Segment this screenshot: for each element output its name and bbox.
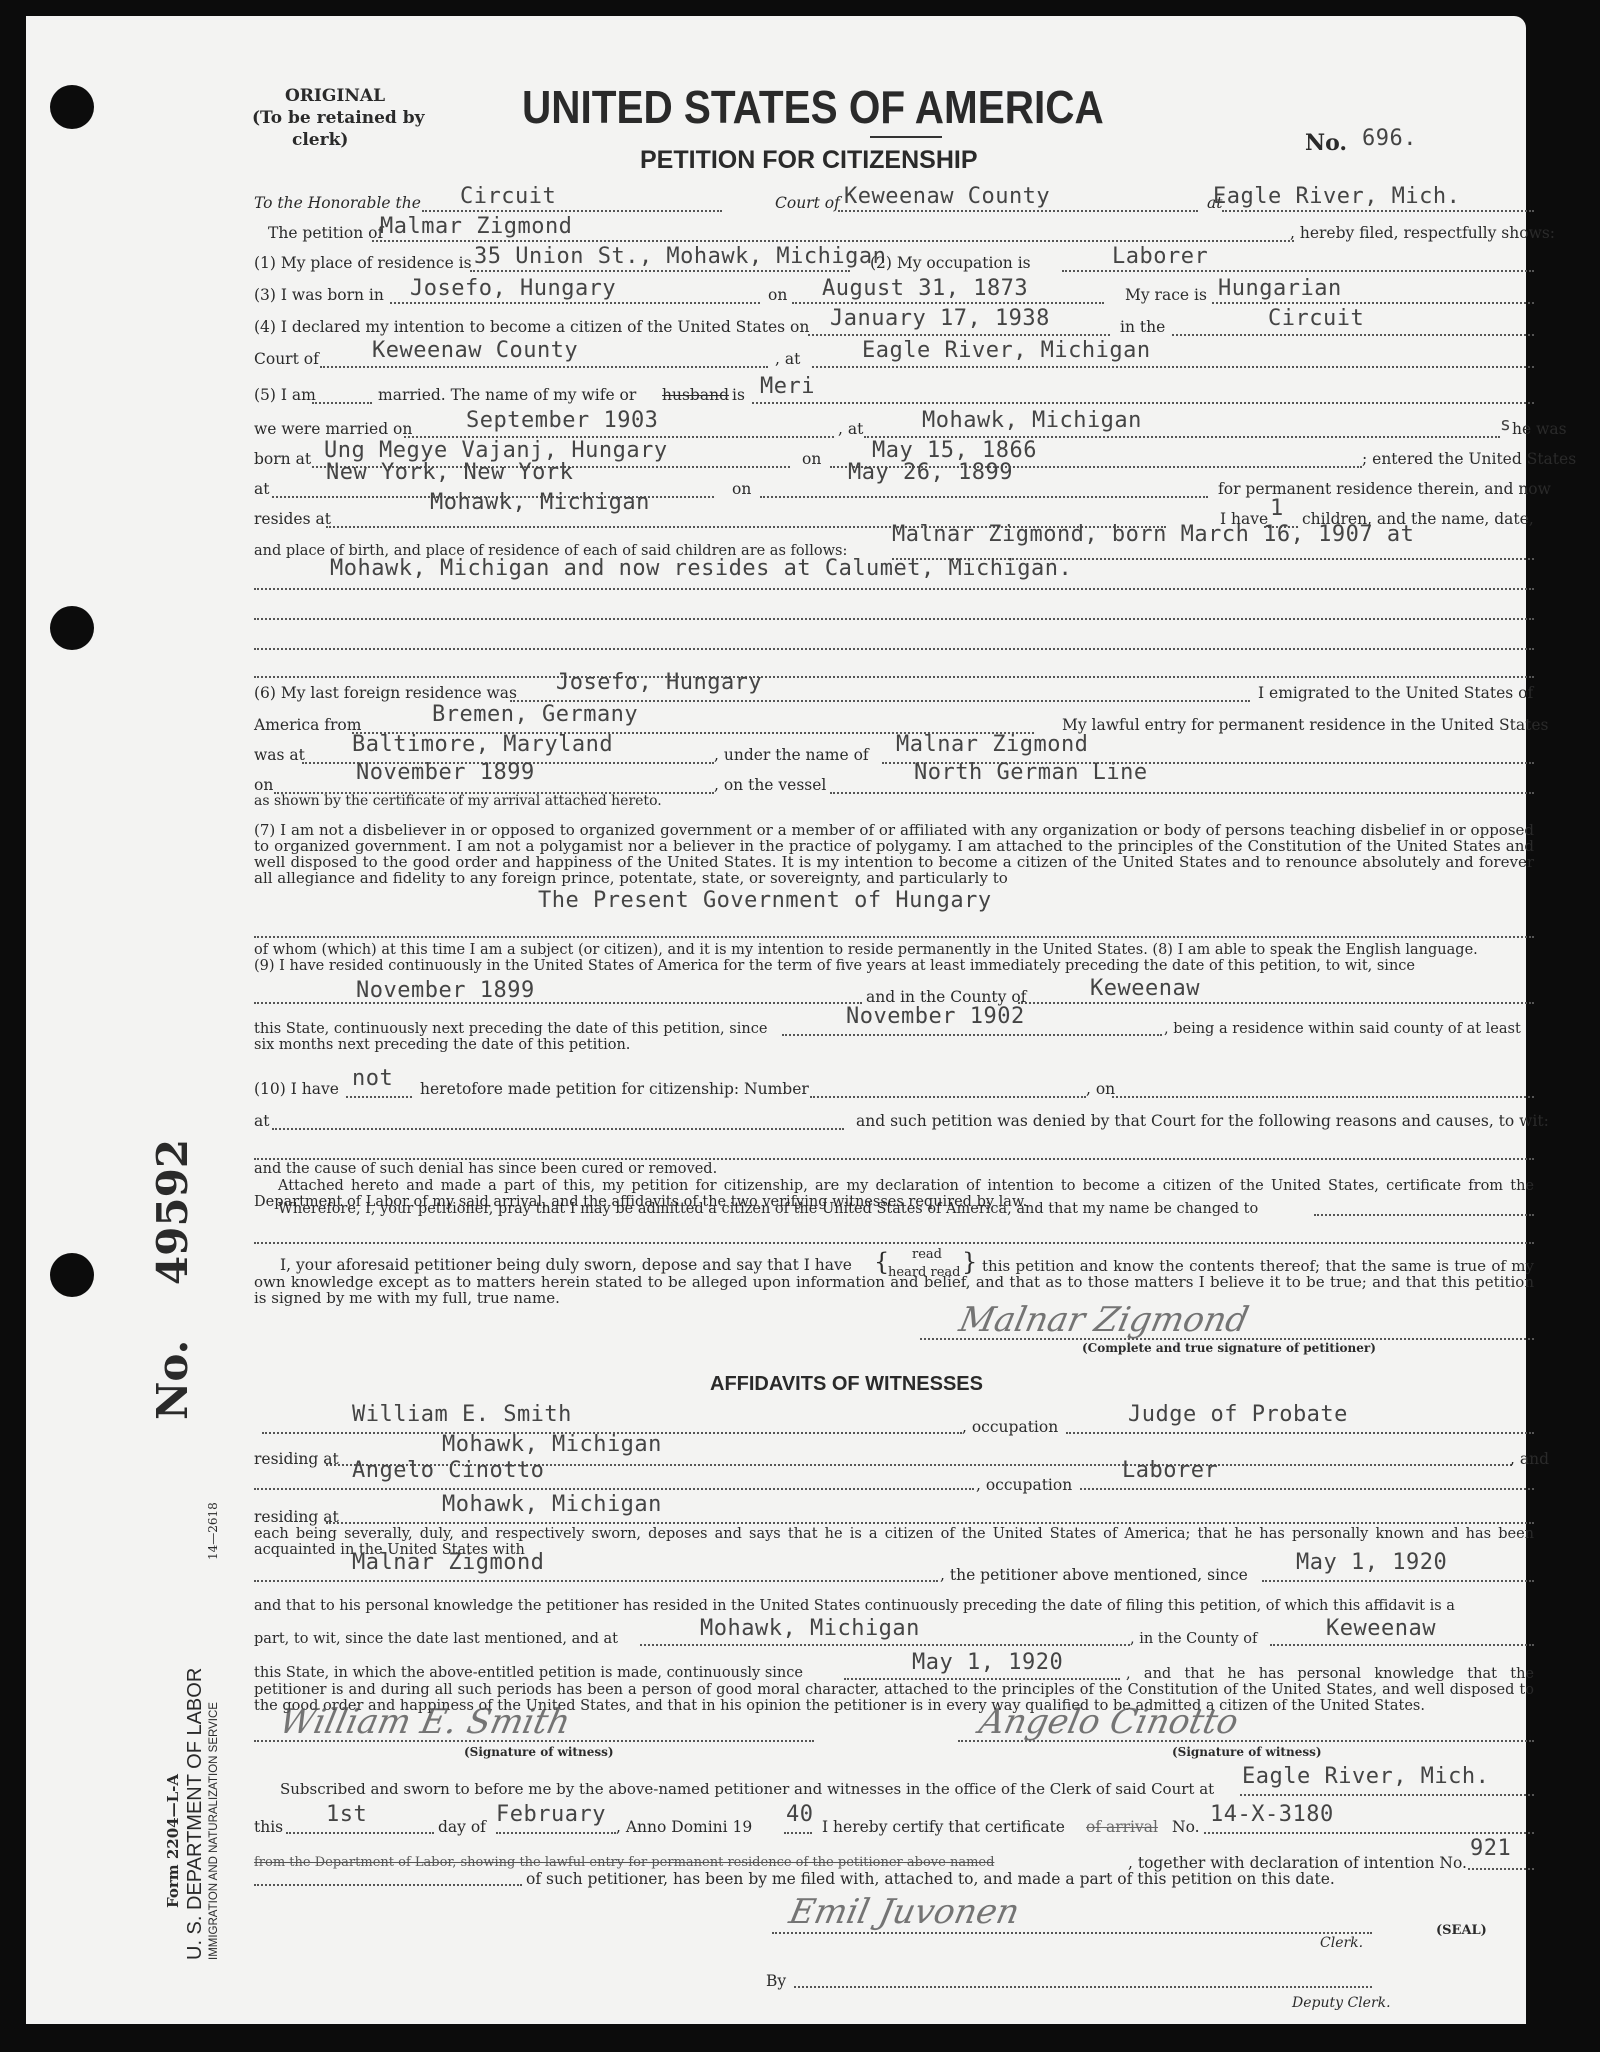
vessel-value: North German Line bbox=[914, 762, 1148, 784]
since-label: , the petitioner above mentioned, since bbox=[940, 1568, 1248, 1584]
form-number: Form 2204—L-A bbox=[164, 1774, 182, 1908]
entry-date-value: November 1899 bbox=[356, 762, 535, 784]
declared-date-value: January 17, 1938 bbox=[830, 308, 1050, 330]
field-line bbox=[784, 1832, 812, 1834]
married-on-label: we were married on bbox=[254, 422, 412, 438]
field-line bbox=[1204, 1832, 1534, 1834]
last-residence-value: Josefo, Hungary bbox=[556, 672, 762, 694]
field-line bbox=[1172, 334, 1534, 336]
child-info-line-1: Malnar Zigmond, born March 16, 1907 at bbox=[892, 524, 1414, 546]
prior-petition-text: heretofore made petition for citizenship… bbox=[420, 1082, 809, 1098]
at-label: at bbox=[254, 482, 269, 498]
petition-of-label: The petition of bbox=[268, 226, 383, 242]
children-count-value: 1 bbox=[1270, 498, 1284, 520]
field-line bbox=[496, 1832, 616, 1834]
punch-hole bbox=[50, 1253, 94, 1297]
she-prefix: s bbox=[1500, 416, 1511, 434]
being-text: , being a residence within said county o… bbox=[1164, 1022, 1521, 1037]
wife-entry-place-value: New York, New York bbox=[326, 462, 573, 484]
field-line bbox=[1066, 1432, 1534, 1434]
married-label: (5) I am bbox=[254, 388, 316, 404]
certificate-number-value: 14-X-3180 bbox=[1210, 1804, 1334, 1826]
filed-text: of such petitioner, has been by me filed… bbox=[526, 1872, 1335, 1888]
field-line bbox=[1080, 1488, 1534, 1490]
part-label: part, to wit, since the date last mentio… bbox=[254, 1632, 618, 1647]
residence-place-value: Mohawk, Michigan bbox=[700, 1618, 920, 1640]
field-line bbox=[752, 402, 1534, 404]
born-at-label: born at bbox=[254, 452, 311, 468]
husband-struck-text: husband bbox=[662, 388, 729, 404]
field-line bbox=[1222, 210, 1534, 212]
clerk-label: Clerk. bbox=[1320, 1936, 1363, 1950]
struck-line-text: from the Department of Labor, showing th… bbox=[254, 1856, 994, 1869]
us-since-value: November 1899 bbox=[356, 980, 535, 1002]
petitioner-name-value: Malmar Zigmond bbox=[380, 216, 572, 238]
in-the-label: in the bbox=[1120, 320, 1165, 336]
field-line bbox=[1212, 302, 1534, 304]
field-line bbox=[254, 1884, 522, 1886]
clerk-label: clerk) bbox=[292, 132, 348, 149]
retained-label: (To be retained by bbox=[252, 110, 424, 127]
field-line bbox=[254, 676, 1534, 678]
field-line bbox=[1468, 1868, 1534, 1870]
entry-name-value: Malnar Zigmond bbox=[896, 734, 1088, 756]
wife-entry-date-value: May 26, 1899 bbox=[848, 462, 1013, 484]
entry-place-value: Baltimore, Maryland bbox=[352, 734, 613, 756]
field-line bbox=[812, 366, 1534, 368]
serial-prefix: No. bbox=[148, 1340, 197, 1420]
subject-text: of whom (which) at this time I am a subj… bbox=[254, 942, 1534, 958]
document-title: UNITED STATES OF AMERICA bbox=[522, 84, 1104, 130]
petitioner-signature-caption: (Complete and true signature of petition… bbox=[1082, 1342, 1376, 1354]
state-since-value: November 1902 bbox=[846, 1006, 1025, 1028]
on-label: on bbox=[802, 452, 821, 468]
state-since-label: this State, continuously next preceding … bbox=[254, 1022, 767, 1037]
field-line bbox=[794, 1986, 1372, 1988]
acquainted-since-value: May 1, 1920 bbox=[1296, 1552, 1447, 1574]
oath-text-2: this petition and know the contents ther… bbox=[254, 1258, 1534, 1306]
service-label: IMMIGRATION AND NATURALIZATION SERVICE bbox=[208, 1702, 220, 1960]
field-line bbox=[1262, 1580, 1534, 1582]
field-line bbox=[390, 302, 760, 304]
witness2-occupation-value: Laborer bbox=[1122, 1460, 1218, 1482]
at-label: , at bbox=[838, 422, 863, 438]
department-label: U. S. DEPARTMENT OF LABOR bbox=[184, 1668, 207, 1960]
jurat-place-value: Eagle River, Mich. bbox=[1242, 1766, 1489, 1788]
resided-text: (9) I have resided continuously in the U… bbox=[254, 958, 1534, 974]
six-months-text: six months next preceding the date of th… bbox=[254, 1038, 630, 1053]
court-of-label: Court of bbox=[254, 352, 319, 368]
field-line bbox=[1240, 1794, 1534, 1796]
witness2-signature-caption: (Signature of witness) bbox=[1172, 1746, 1322, 1758]
on-label: on bbox=[768, 288, 787, 304]
clerk-signature: Emil Juvonen bbox=[786, 1892, 1023, 1932]
field-line bbox=[1112, 1096, 1534, 1098]
field-line bbox=[760, 496, 1208, 498]
deputy-clerk-label: Deputy Clerk. bbox=[1292, 1996, 1391, 2010]
residence-label: (1) My place of residence is bbox=[254, 256, 472, 272]
lawful-entry-text: My lawful entry for permanent residence … bbox=[1062, 718, 1548, 734]
struck-text: of arrival bbox=[1086, 1820, 1158, 1836]
occupation-label: , occupation bbox=[962, 1420, 1058, 1436]
witness1-occupation-value: Judge of Probate bbox=[1128, 1404, 1348, 1426]
field-line bbox=[272, 1128, 844, 1130]
to-honorable-label: To the Honorable the bbox=[254, 196, 421, 212]
title-rule bbox=[870, 136, 942, 138]
field-line bbox=[422, 210, 722, 212]
declared-place-value: Eagle River, Michigan bbox=[862, 340, 1151, 362]
court-of-label: Court of bbox=[775, 196, 840, 212]
field-line bbox=[838, 210, 1198, 212]
and-text: , and bbox=[1510, 1452, 1549, 1468]
declared-court-value: Circuit bbox=[1268, 308, 1364, 330]
field-line bbox=[254, 618, 1534, 620]
allegiance-paragraph: (7) I am not a disbeliever in or opposed… bbox=[254, 822, 1534, 886]
he-was-label: he was bbox=[1512, 422, 1567, 438]
no-label: No. bbox=[1172, 1820, 1200, 1836]
on-label: , on bbox=[1086, 1082, 1115, 1098]
resides-at-label: resides at bbox=[254, 512, 331, 528]
document-subtitle: PETITION FOR CITIZENSHIP bbox=[640, 148, 978, 173]
occupation-label: , occupation bbox=[976, 1478, 1072, 1494]
wife-name-value: Meri bbox=[760, 376, 815, 398]
declaration-number-value: 921 bbox=[1470, 1838, 1511, 1860]
jurat-month-value: February bbox=[496, 1804, 606, 1826]
county-label: , in the County of bbox=[1130, 1632, 1257, 1647]
entered-text: ; entered the United States bbox=[1362, 452, 1576, 468]
child-info-line-2: Mohawk, Michigan and now resides at Calu… bbox=[330, 558, 1072, 580]
serial-number: 49592 bbox=[148, 1139, 197, 1285]
prior-petition-label: (10) I have bbox=[254, 1082, 339, 1098]
declared-county-value: Keweenaw County bbox=[372, 340, 578, 362]
field-line bbox=[830, 792, 1534, 794]
field-line bbox=[1018, 1002, 1534, 1004]
petition-number: 696. bbox=[1362, 128, 1417, 150]
field-line bbox=[326, 1522, 1534, 1524]
field-line bbox=[254, 1580, 938, 1582]
court-type-value: Circuit bbox=[460, 186, 556, 208]
residence-value: 35 Union St., Mohawk, Michigan bbox=[474, 246, 886, 268]
birthdate-value: August 31, 1873 bbox=[822, 278, 1028, 300]
county-value: Keweenaw bbox=[1090, 978, 1200, 1000]
witness1-signature-caption: (Signature of witness) bbox=[464, 1746, 614, 1758]
original-label: ORIGINAL bbox=[285, 88, 385, 105]
field-line bbox=[320, 366, 768, 368]
field-line bbox=[792, 302, 1104, 304]
witness1-residence-value: Mohawk, Michigan bbox=[442, 1434, 662, 1456]
witness1-name-value: William E. Smith bbox=[352, 1404, 572, 1426]
was-at-label: was at bbox=[254, 748, 305, 764]
acquainted-petitioner-value: Malnar Zigmond bbox=[352, 1552, 544, 1574]
field-line bbox=[254, 1002, 862, 1004]
birthplace-value: Josefo, Hungary bbox=[410, 278, 616, 300]
field-line bbox=[782, 1034, 1162, 1036]
certificate-text: as shown by the certificate of my arriva… bbox=[254, 794, 662, 808]
field-line bbox=[640, 1644, 1130, 1646]
seal-label: (SEAL) bbox=[1436, 1924, 1487, 1937]
field-line bbox=[254, 1488, 974, 1490]
field-line bbox=[312, 402, 372, 404]
serial-number-block: No. 49592 bbox=[148, 1139, 197, 1420]
marriage-date-value: September 1903 bbox=[466, 410, 658, 432]
jurat-year-value: 40 bbox=[786, 1804, 814, 1826]
wife-birthplace-value: Ung Megye Vajanj, Hungary bbox=[324, 440, 668, 462]
hereby-text: , hereby filed, respectfully shows: bbox=[1290, 226, 1555, 242]
print-code: 14—2618 bbox=[206, 1502, 220, 1560]
punch-hole bbox=[50, 85, 94, 129]
prior-petition-value: not bbox=[352, 1068, 393, 1090]
on-label: on bbox=[732, 482, 751, 498]
marriage-place-value: Mohawk, Michigan bbox=[922, 410, 1142, 432]
field-line bbox=[254, 936, 1534, 938]
wherefore-text: Wherefore, I, your petitioner, pray that… bbox=[278, 1202, 1258, 1217]
witness1-signature: William E. Smith bbox=[276, 1702, 574, 1742]
petitioner-signature: Malnar Zigmond bbox=[956, 1300, 1252, 1340]
at-label: at bbox=[254, 1114, 269, 1130]
field-line bbox=[372, 240, 1294, 242]
witness2-residence-value: Mohawk, Michigan bbox=[442, 1494, 662, 1516]
by-label: By bbox=[766, 1974, 786, 1990]
on-label: on bbox=[254, 778, 273, 794]
field-line bbox=[1314, 1214, 1534, 1216]
punch-hole bbox=[50, 606, 94, 650]
field-line bbox=[470, 270, 850, 272]
this-label: this bbox=[254, 1820, 283, 1836]
vessel-label: , on the vessel bbox=[714, 778, 826, 794]
witness2-name-value: Angelo Cinotto bbox=[352, 1460, 544, 1482]
knowledge-text: and that to his personal knowledge the p… bbox=[254, 1598, 1534, 1614]
petition-no-label: No. bbox=[1305, 132, 1347, 154]
field-line bbox=[254, 588, 1534, 590]
race-label: My race is bbox=[1125, 288, 1207, 304]
cured-text: and the cause of such denial has since b… bbox=[254, 1162, 717, 1177]
court-name-value: Keweenaw County bbox=[844, 186, 1050, 208]
married-text: married. The name of my wife or bbox=[378, 388, 636, 404]
from-place-value: Bremen, Germany bbox=[432, 704, 638, 726]
denied-text: and such petition was denied by that Cou… bbox=[856, 1114, 1549, 1130]
field-line bbox=[286, 1832, 434, 1834]
emigrated-text: I emigrated to the United States of bbox=[1258, 686, 1533, 702]
sovereign-value: The Present Government of Hungary bbox=[538, 890, 992, 912]
america-from-label: America from bbox=[254, 718, 361, 734]
field-line bbox=[1062, 270, 1534, 272]
certify-text: I hereby certify that certificate bbox=[822, 1820, 1065, 1836]
field-line bbox=[808, 334, 1110, 336]
wife-birthdate-value: May 15, 1866 bbox=[872, 440, 1037, 462]
signature-line bbox=[772, 1932, 1372, 1934]
is-label: is bbox=[732, 388, 745, 404]
under-name-label: , under the name of bbox=[714, 748, 869, 764]
subscribed-text: Subscribed and sworn to before me by the… bbox=[280, 1782, 1214, 1797]
county-value: Keweenaw bbox=[1326, 1618, 1436, 1640]
at-label: , at bbox=[775, 352, 800, 368]
born-label: (3) I was born in bbox=[254, 288, 384, 304]
anno-domini-label: , Anno Domini 19 bbox=[616, 1820, 752, 1836]
field-line bbox=[810, 1096, 1086, 1098]
race-value: Hungarian bbox=[1218, 278, 1342, 300]
occupation-value: Laborer bbox=[1112, 246, 1208, 268]
witnesses-heading: AFFIDAVITS OF WITNESSES bbox=[710, 1374, 983, 1394]
day-of-label: day of bbox=[438, 1820, 486, 1836]
field-line bbox=[346, 1096, 412, 1098]
wife-residence-value: Mohawk, Michigan bbox=[430, 492, 650, 514]
permanent-residence-text: for permanent residence therein, and now bbox=[1218, 482, 1551, 498]
declared-label: (4) I declared my intention to become a … bbox=[254, 320, 809, 336]
last-residence-label: (6) My last foreign residence was bbox=[254, 686, 517, 702]
jurat-day-value: 1st bbox=[326, 1804, 367, 1826]
field-line bbox=[254, 1158, 1534, 1160]
field-line bbox=[1270, 1644, 1534, 1646]
occupation-label: (2) My occupation is bbox=[870, 256, 1031, 272]
field-line bbox=[254, 1242, 1534, 1244]
field-line bbox=[254, 648, 1534, 650]
court-place-value: Eagle River, Mich. bbox=[1213, 186, 1460, 208]
witness2-signature: Angelo Cinotto bbox=[976, 1702, 1242, 1742]
